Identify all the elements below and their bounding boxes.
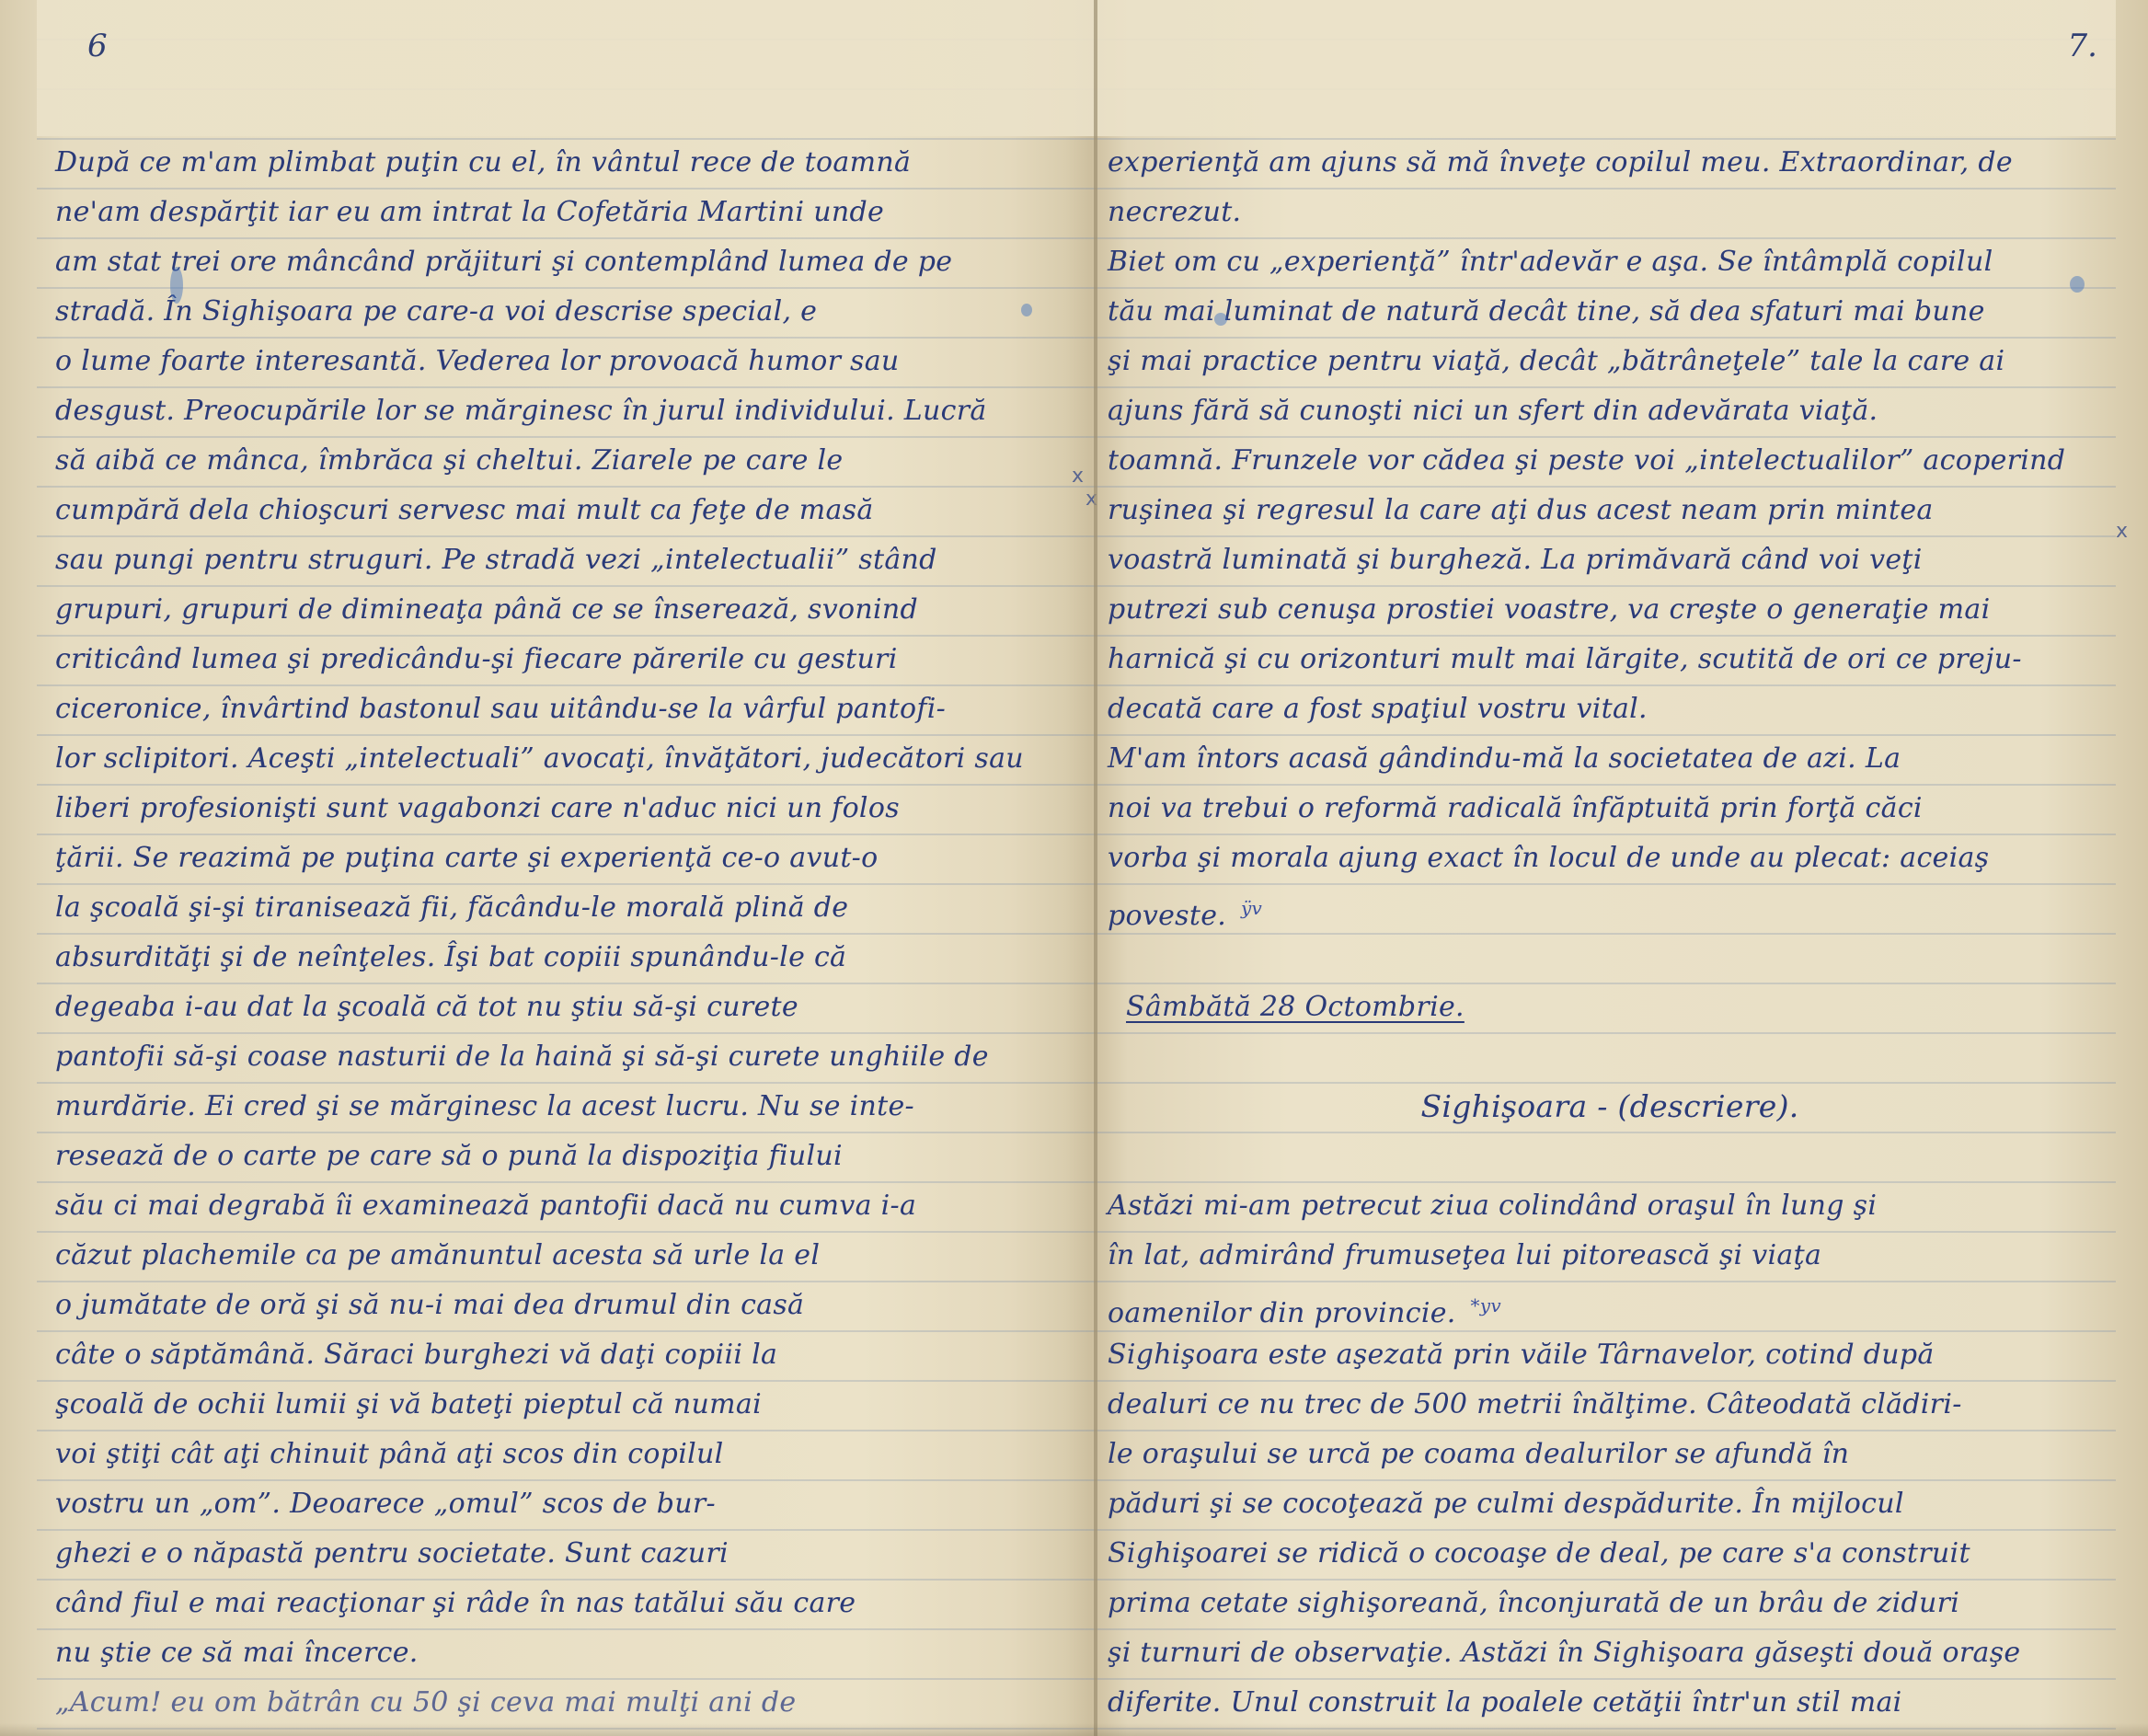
text-line: ruşinea şi regresul la care aţi dus aces… [1104, 486, 2116, 535]
text-line-content: ne'am despărţit iar eu am intrat la Cofe… [55, 196, 884, 228]
blank-line [1104, 1032, 2116, 1082]
annotation-mark: *yv [1470, 1294, 1501, 1316]
text-line: oamenilor din provincie. *yv [1104, 1281, 2116, 1330]
text-line: putrezi sub cenuşa prostiei voastre, va … [1104, 585, 2116, 635]
text-line: cumpără dela chioşcuri servesc mai mult … [37, 486, 1104, 535]
text-line: şi mai practice pentru viaţă, decât „băt… [1104, 337, 2116, 386]
notebook-spread: 6 După ce m'am plimbat puţin cu el, în v… [0, 0, 2148, 1736]
text-line: harnică şi cu orizonturi mult mai lărgit… [1104, 635, 2116, 684]
entry-date-heading: Sâmbătă 28 Octombrie. [1104, 983, 2116, 1032]
text-line: Astăzi mi-am petrecut ziua colindând ora… [1104, 1181, 2116, 1231]
text-line: necrezut. [1104, 188, 2116, 237]
text-line: să aibă ce mânca, îmbrăca şi cheltui. Zi… [37, 436, 1104, 486]
text-line: o lume foarte interesantă. Vederea lor p… [37, 337, 1104, 386]
text-line: resează de o carte pe care să o pună la … [37, 1132, 1104, 1181]
text-line: ajuns fără să cunoşti nici un sfert din … [1104, 386, 2116, 436]
left-page: 6 După ce m'am plimbat puţin cu el, în v… [37, 0, 1104, 1736]
text-line-content: oamenilor din provincie. [1108, 1297, 1456, 1329]
text-line: am stat trei ore mâncând prăjituri şi co… [37, 237, 1104, 287]
text-line: şi turnuri de observaţie. Astăzi în Sigh… [1104, 1628, 2116, 1678]
text-line: „Acum! eu om bătrân cu 50 şi ceva mai mu… [37, 1678, 1104, 1728]
text-line: dealuri ce nu trec de 500 metrii înălţim… [1104, 1380, 2116, 1430]
text-line: murdărie. Ei cred şi se mărginesc la ace… [37, 1082, 1104, 1132]
margin-x-mark: x [1072, 465, 1084, 488]
page-number-left: 6 [87, 28, 108, 64]
text-line: o jumătate de oră şi să nu-i mai dea dru… [37, 1281, 1104, 1330]
text-line: sau pungi pentru struguri. Pe stradă vez… [37, 535, 1104, 585]
text-line: său ci mai degrabă îi examinează pantofi… [37, 1181, 1104, 1231]
text-line: grupuri, grupuri de dimineaţa până ce se… [37, 585, 1104, 635]
ink-blot [1021, 304, 1032, 316]
page-number-right: 7. [2068, 28, 2097, 64]
text-line: vorba şi morala ajung exact în locul de … [1104, 834, 2116, 883]
text-line: desgust. Preocupările lor se mărginesc î… [37, 386, 1104, 436]
text-line: stradă. În Sighişoara pe care-a voi desc… [37, 287, 1104, 337]
closing-mark: ÿv [1241, 897, 1262, 919]
text-line: când fiul e mai reacţionar şi râde în na… [37, 1579, 1104, 1628]
text-line: ciceronice, învârtind bastonul sau uitân… [37, 684, 1104, 734]
text-line: voastră luminată şi burgheză. La primăva… [1104, 535, 2116, 585]
entry-title-heading: Sighişoara - (descriere). [1104, 1082, 2116, 1132]
text-line: lor sclipitori. Aceşti „intelectuali” av… [37, 734, 1104, 784]
text-line: în lat, admirând frumuseţea lui pitoreas… [1104, 1231, 2116, 1281]
right-page-text: experienţă am ajuns să mă înveţe copilul… [1104, 138, 2116, 1728]
text-line: M'am întors acasă gândindu-mă la societa… [1104, 734, 2116, 784]
text-line: liberi profesionişti sunt vagabonzi care… [37, 784, 1104, 834]
blank-line [1104, 1132, 2116, 1181]
text-line: După ce m'am plimbat puţin cu el, în vân… [37, 138, 1104, 188]
text-line: ne'am despărţit iar eu am intrat la Cofe… [37, 188, 1104, 237]
text-line-content: poveste. [1108, 900, 1226, 932]
text-line: toamnă. Frunzele vor cădea şi peste voi … [1104, 436, 2116, 486]
text-line: vostru un „om”. Deoarece „omul” scos de … [37, 1479, 1104, 1529]
text-line: căzut plachemile ca pe amănuntul acesta … [37, 1231, 1104, 1281]
text-line: nu ştie ce să mai încerce. [37, 1628, 1104, 1678]
text-line: voi ştiţi cât aţi chinuit până aţi scos … [37, 1430, 1104, 1479]
text-line: experienţă am ajuns să mă înveţe copilul… [1104, 138, 2116, 188]
notebook-binding [1094, 0, 1097, 1736]
text-line: Biet om cu „experienţă” într'adevăr e aş… [1104, 237, 2116, 287]
text-line: câte o săptămână. Săraci burghezi vă daţ… [37, 1330, 1104, 1380]
text-line: le oraşului se urcă pe coama dealurilor … [1104, 1430, 2116, 1479]
blank-line [1104, 933, 2116, 983]
text-line: pantofii să-şi coase nasturii de la hain… [37, 1032, 1104, 1082]
left-page-text: După ce m'am plimbat puţin cu el, în vân… [37, 138, 1104, 1728]
ink-blot [170, 267, 183, 304]
text-line: tău mai luminat de natură decât tine, să… [1104, 287, 2116, 337]
text-line: criticând lumea şi predicându-şi fiecare… [37, 635, 1104, 684]
ink-blot [1214, 313, 1227, 326]
text-line: prima cetate sighişoreană, înconjurată d… [1104, 1579, 2116, 1628]
text-line: poveste. ÿv [1104, 883, 2116, 933]
margin-x-mark: x [2116, 520, 2128, 543]
text-line: absurdităţi şi de neînţeles. Îşi bat cop… [37, 933, 1104, 983]
text-line: decată care a fost spaţiul vostru vital. [1104, 684, 2116, 734]
text-line: noi va trebui o reformă radicală înfăptu… [1104, 784, 2116, 834]
right-page: 7. experienţă am ajuns să mă înveţe copi… [1104, 0, 2116, 1736]
text-line: ţării. Se reazimă pe puţina carte şi exp… [37, 834, 1104, 883]
text-line: Sighişoarei se ridică o cocoaşe de deal,… [1104, 1529, 2116, 1579]
text-line: diferite. Unul construit la poalele cetă… [1104, 1678, 2116, 1728]
text-line: şcoală de ochii lumii şi vă bateţi piept… [37, 1380, 1104, 1430]
text-line: ghezi e o năpastă pentru societate. Sunt… [37, 1529, 1104, 1579]
ink-blot [2070, 276, 2085, 293]
text-line: degeaba i-au dat la şcoală că tot nu şti… [37, 983, 1104, 1032]
text-line: Sighişoara este aşezată prin văile Târna… [1104, 1330, 2116, 1380]
text-line: păduri şi se cocoţează pe culmi despădur… [1104, 1479, 2116, 1529]
text-line: la şcoală şi-şi tiranisează fii, făcându… [37, 883, 1104, 933]
